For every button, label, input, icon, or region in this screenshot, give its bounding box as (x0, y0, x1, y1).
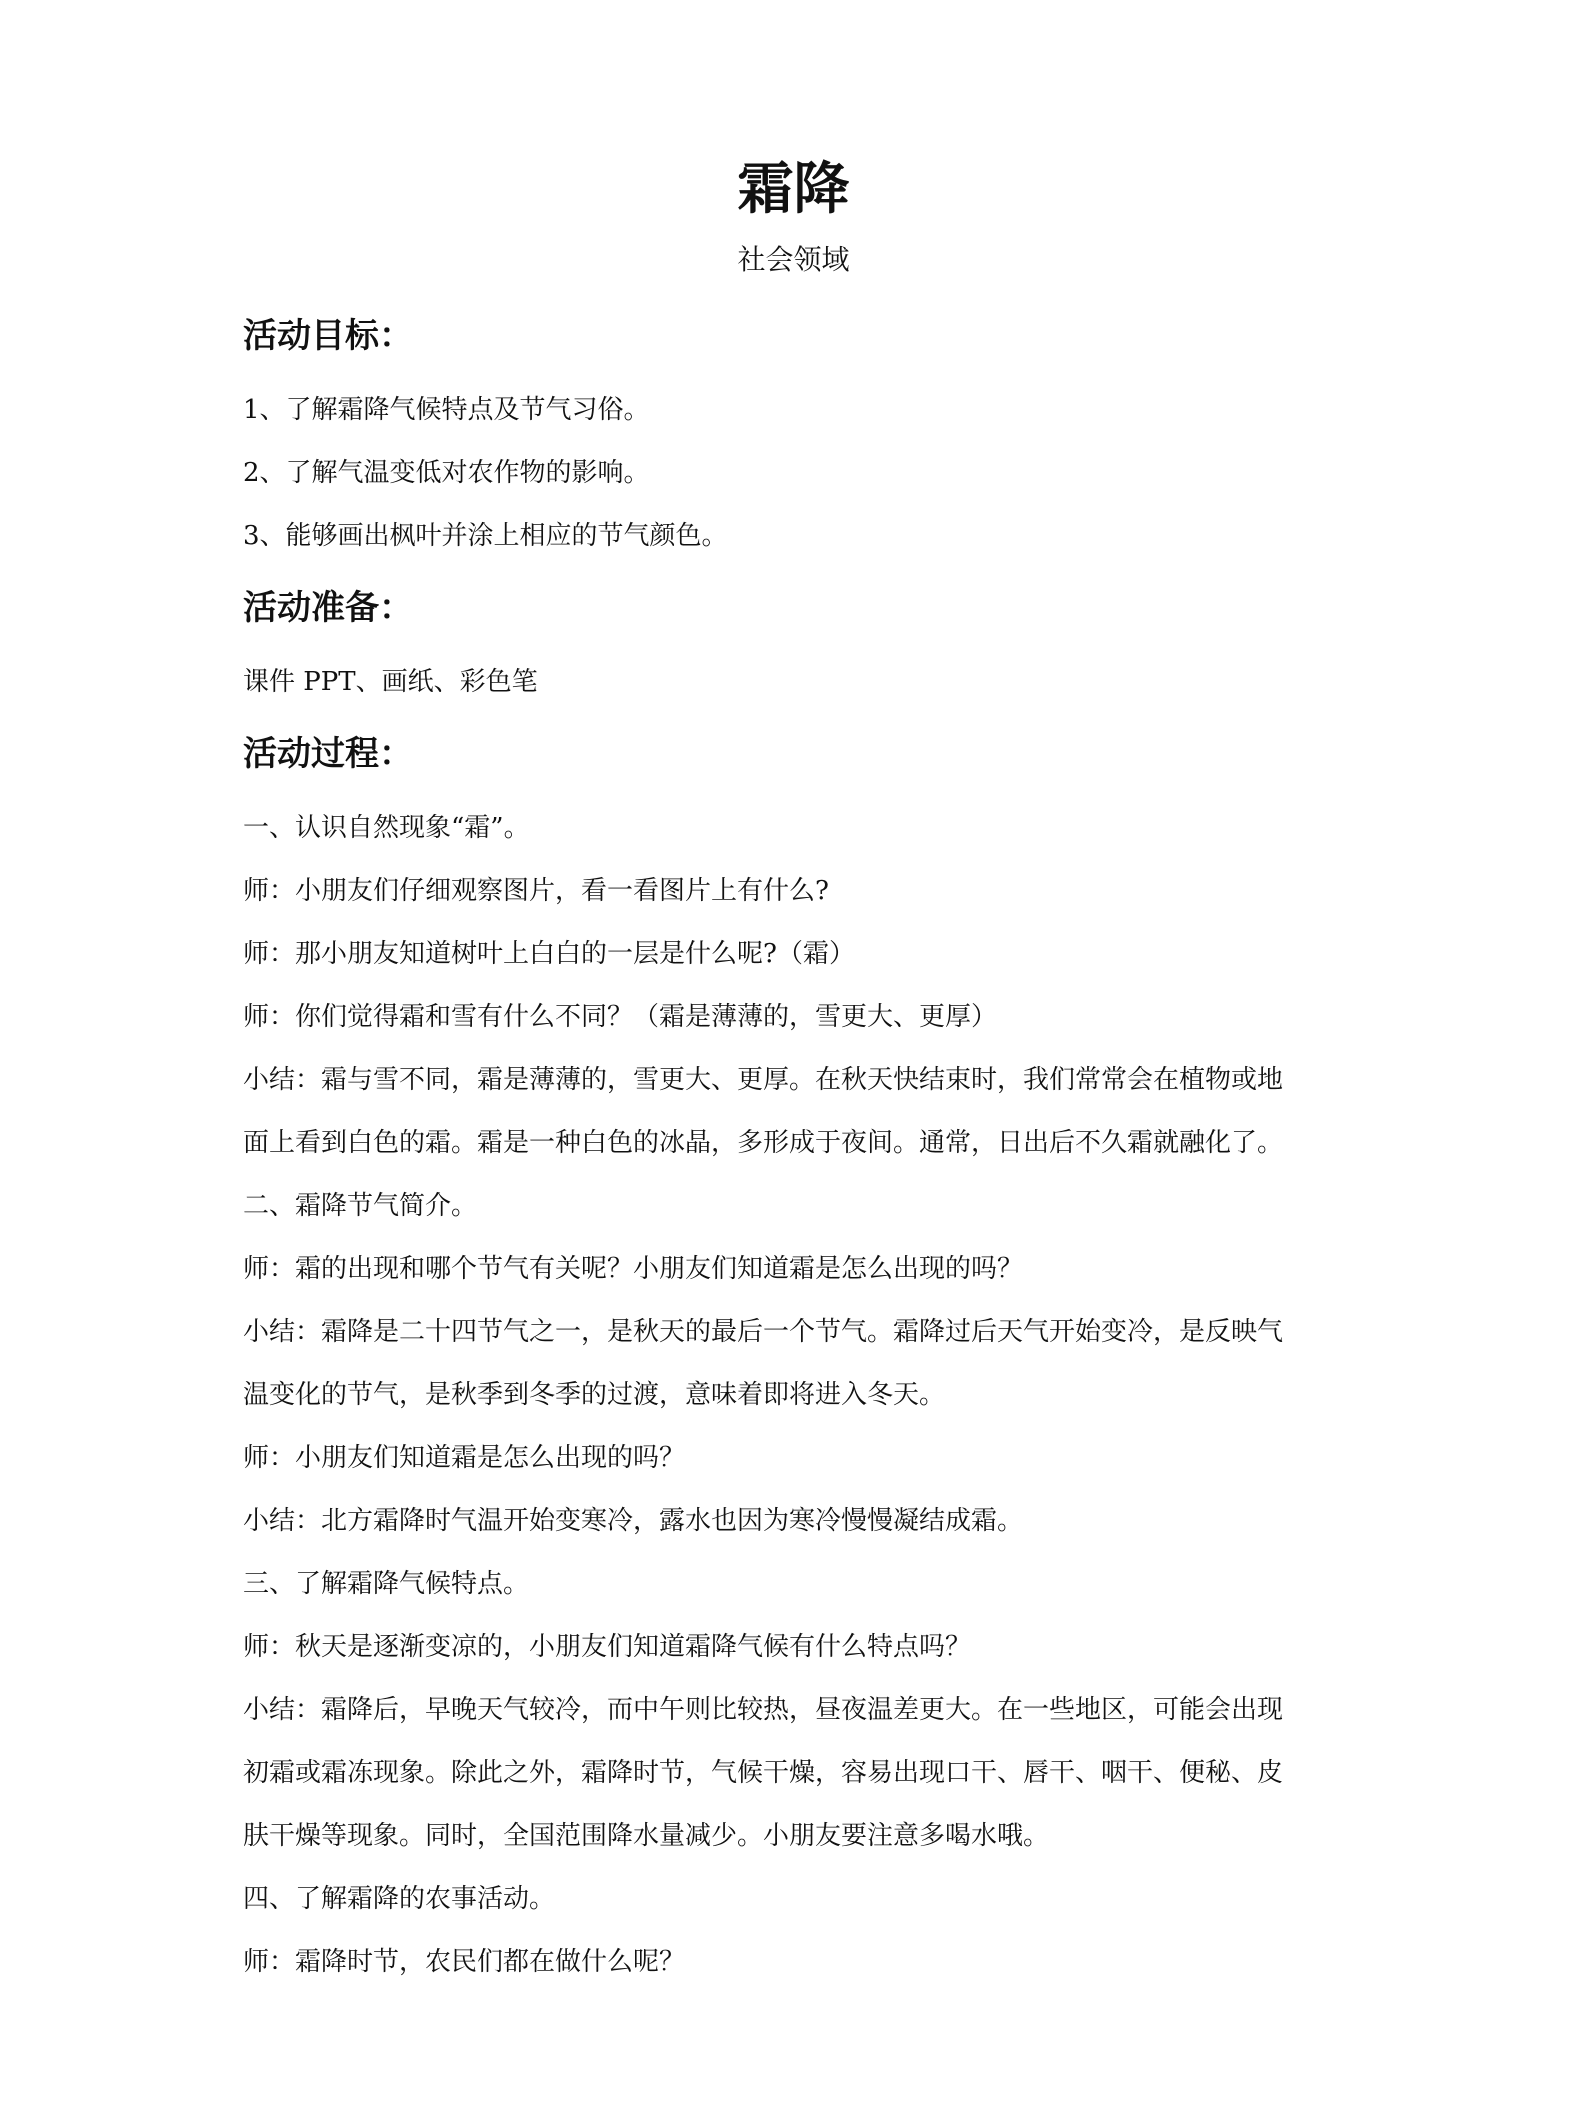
document-page: 霜降 社会领域 活动目标： 1、了解霜降气候特点及节气习俗。 2、了解气温变低对… (0, 0, 1587, 2117)
process-step-heading: 二、霜降节气简介。 (243, 1186, 1363, 1226)
process-line: 小结：霜降是二十四节气之一，是秋天的最后一个节气。霜降过后天气开始变冷，是反映气 (243, 1312, 1363, 1352)
process-line: 小结：北方霜降时气温开始变寒冷，露水也因为寒冷慢慢凝结成霜。 (243, 1501, 1363, 1541)
document-subtitle: 社会领域 (0, 240, 1587, 280)
process-line: 师：小朋友们仔细观察图片，看一看图片上有什么? (243, 871, 1363, 911)
section-heading-preparation: 活动准备： (243, 584, 413, 632)
process-step-heading: 三、了解霜降气候特点。 (243, 1564, 1363, 1604)
goal-item: 2、了解气温变低对农作物的影响。 (243, 453, 1363, 493)
section-heading-process: 活动过程： (243, 730, 413, 778)
process-line: 初霜或霜冻现象。除此之外，霜降时节，气候干燥，容易出现口干、唇干、咽干、便秘、皮 (243, 1753, 1363, 1793)
process-step-heading: 四、了解霜降的农事活动。 (243, 1879, 1363, 1919)
process-line: 肤干燥等现象。同时，全国范围降水量减少。小朋友要注意多喝水哦。 (243, 1816, 1363, 1856)
process-line: 小结：霜降后，早晚天气较冷，而中午则比较热，昼夜温差更大。在一些地区，可能会出现 (243, 1690, 1363, 1730)
process-line: 师：秋天是逐渐变凉的，小朋友们知道霜降气候有什么特点吗？ (243, 1627, 1363, 1667)
process-line: 小结：霜与雪不同，霜是薄薄的，雪更大、更厚。在秋天快结束时，我们常常会在植物或地 (243, 1060, 1363, 1100)
process-line: 师：你们觉得霜和雪有什么不同？（霜是薄薄的，雪更大、更厚） (243, 997, 1363, 1037)
process-line: 师：霜的出现和哪个节气有关呢？小朋友们知道霜是怎么出现的吗？ (243, 1249, 1363, 1289)
document-title: 霜降 (0, 150, 1587, 230)
process-step-heading: 一、认识自然现象“霜”。 (243, 808, 1363, 848)
process-line: 温变化的节气，是秋季到冬季的过渡，意味着即将进入冬天。 (243, 1375, 1363, 1415)
goal-item: 1、了解霜降气候特点及节气习俗。 (243, 390, 1363, 430)
section-heading-goals: 活动目标： (243, 312, 413, 360)
preparation-text: 课件 PPT、画纸、彩色笔 (243, 662, 1363, 702)
goal-item: 3、能够画出枫叶并涂上相应的节气颜色。 (243, 516, 1363, 556)
process-line: 师：小朋友们知道霜是怎么出现的吗？ (243, 1438, 1363, 1478)
process-line: 师：霜降时节，农民们都在做什么呢？ (243, 1942, 1363, 1982)
process-line: 面上看到白色的霜。霜是一种白色的冰晶，多形成于夜间。通常，日出后不久霜就融化了。 (243, 1123, 1363, 1163)
process-line: 师：那小朋友知道树叶上白白的一层是什么呢?（霜） (243, 934, 1363, 974)
